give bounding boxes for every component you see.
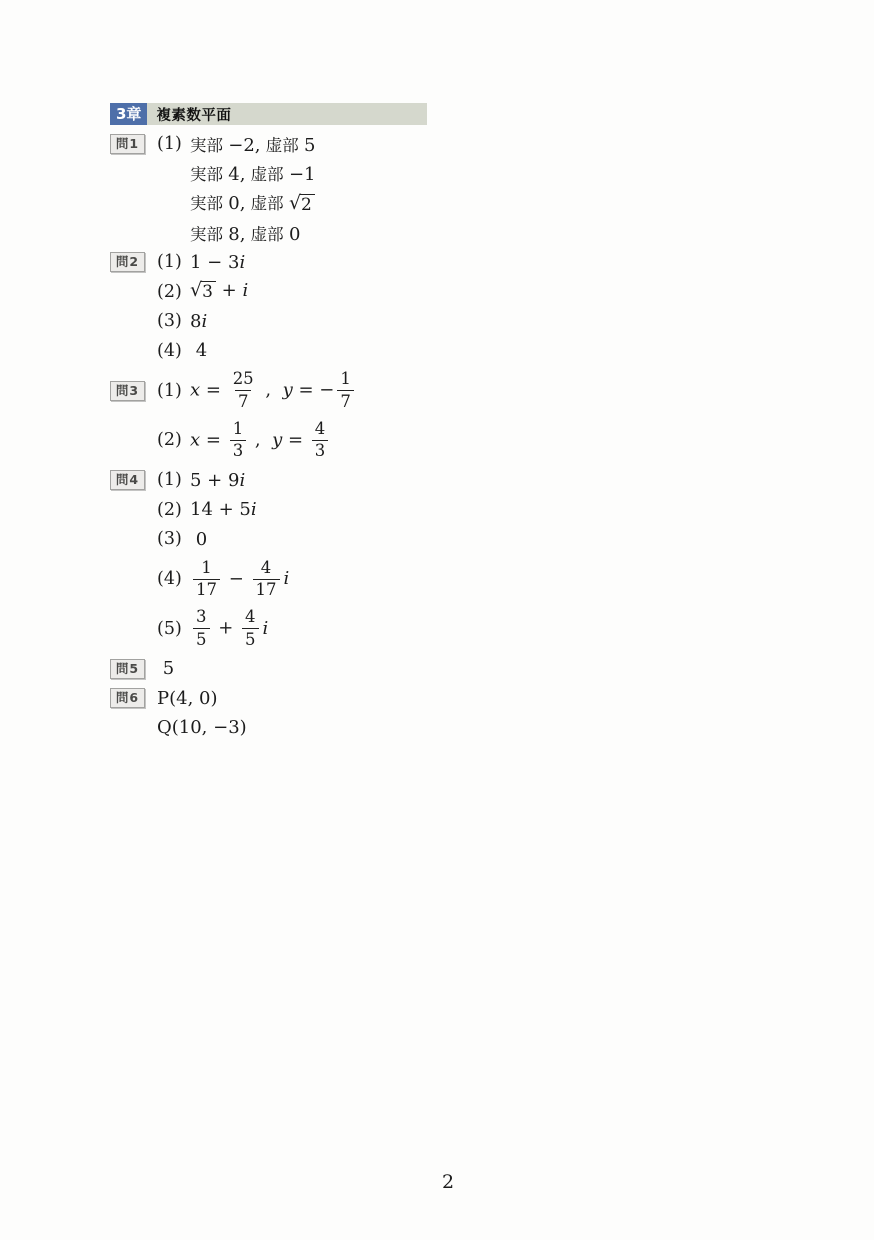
math-text: = − (293, 380, 335, 401)
math-text: = (200, 429, 227, 450)
problem-badge: 問2 (110, 252, 145, 272)
numerator: 1 (337, 371, 354, 390)
expression: Q(10, −3) (157, 717, 247, 738)
item-number: (4) (157, 569, 190, 589)
math-text: 8, (228, 224, 245, 245)
math-text: 8 (190, 311, 201, 332)
label-text: 虚部 (261, 136, 305, 155)
expression: 実部 8, 虚部 0 (190, 221, 300, 245)
expression: 117 − 417i (190, 560, 289, 599)
label-text: 実部 (190, 165, 228, 184)
answer-row: 問3(2)x = 13 , y = 43 (110, 416, 750, 466)
denominator: 7 (235, 390, 252, 410)
answer-row: 問6P(4, 0) (110, 683, 750, 713)
math-text: 0, (228, 193, 245, 214)
expression: 4 (190, 340, 207, 361)
denominator: 5 (242, 628, 259, 648)
answer-row: 問4(2)14 + 5i (110, 495, 750, 525)
math-text: i (239, 252, 245, 273)
math-text: + (216, 280, 243, 301)
numerator: 4 (312, 421, 329, 440)
page-footer: 2 (0, 1171, 874, 1193)
label-text: 虚部 (245, 165, 289, 184)
denominator: 17 (193, 579, 220, 599)
square-root: √2 (289, 194, 315, 216)
label-text: 虚部 (245, 225, 289, 244)
math-text: 5 (157, 658, 174, 679)
expression: 実部 4, 虚部 −1 (190, 161, 315, 185)
problem-badge: 問4 (110, 470, 145, 490)
item-number: (1) (157, 470, 190, 490)
answer-row: 問3(1)x = 257 , y = −17 (110, 366, 750, 416)
math-text: x (190, 429, 200, 450)
answer-row: 問2(4) 4 (110, 336, 750, 366)
item-number: (1) (157, 381, 190, 401)
expression: x = 257 , y = −17 (190, 371, 357, 410)
math-text: + (213, 618, 240, 639)
problem-badge: 問1 (110, 134, 145, 154)
square-root: √3 (190, 281, 216, 303)
fraction: 43 (312, 421, 329, 460)
expression: P(4, 0) (157, 688, 218, 709)
math-text: i (242, 280, 248, 301)
fraction: 417 (253, 560, 280, 599)
item-number: (2) (157, 500, 190, 520)
answer-row: 問4(4)117 − 417i (110, 554, 750, 604)
item-number: (3) (157, 529, 190, 549)
answer-row: 問4(5)35 + 45i (110, 604, 750, 654)
item-number: (1) (157, 134, 190, 154)
answer-row: 問6Q(10, −3) (110, 713, 750, 743)
math-text: 5 (304, 135, 315, 156)
denominator: 17 (253, 579, 280, 599)
answer-row: 問1(1)実部 −2, 虚部 5 (110, 129, 750, 159)
math-text: 0 (190, 529, 207, 550)
math-text: i (263, 618, 269, 639)
math-text: 5 + 9 (190, 470, 239, 491)
item-number: (1) (157, 252, 190, 272)
math-text: i (284, 568, 290, 589)
math-text: y (283, 380, 293, 401)
math-text: x (190, 380, 200, 401)
item-number: (4) (157, 341, 190, 361)
chapter-title: 複素数平面 (156, 104, 231, 125)
math-text: y (272, 429, 282, 450)
answer-page: 3章 複素数平面 問1(1)実部 −2, 虚部 5問1実部 4, 虚部 −1問1… (0, 0, 874, 1240)
item-number: (2) (157, 282, 190, 302)
math-text: 1 − 3 (190, 252, 239, 273)
answer-row: 問2(1)1 − 3i (110, 247, 750, 277)
label-text: 実部 (190, 136, 228, 155)
math-text: i (201, 311, 207, 332)
denominator: 5 (193, 628, 210, 648)
math-text: i (251, 499, 257, 520)
expression: √3 + i (190, 280, 248, 303)
numerator: 1 (198, 560, 215, 579)
numerator: 25 (230, 371, 257, 390)
numerator: 4 (242, 609, 259, 628)
fraction: 35 (193, 609, 210, 648)
answer-row: 問2(2)√3 + i (110, 277, 750, 307)
math-text: −1 (289, 164, 316, 185)
label-text: 虚部 (245, 194, 289, 213)
fraction: 117 (193, 560, 220, 599)
math-text: 14 + 5 (190, 499, 251, 520)
expression: 35 + 45i (190, 609, 268, 648)
fraction: 257 (230, 371, 257, 410)
answer-row: 問1実部 8, 虚部 0 (110, 218, 750, 248)
expression: 8i (190, 311, 207, 332)
chapter-badge: 3章 (110, 103, 147, 125)
math-text: = (282, 429, 309, 450)
item-number: (2) (157, 430, 190, 450)
math-text: = (200, 380, 227, 401)
answer-row: 問4(1)5 + 9i (110, 465, 750, 495)
math-text: P(4, 0) (157, 688, 218, 709)
problem-badge: 問3 (110, 381, 145, 401)
expression: 1 − 3i (190, 252, 245, 273)
item-number: (3) (157, 311, 190, 331)
expression: 5 + 9i (190, 470, 245, 491)
problem-badge: 問5 (110, 659, 145, 679)
item-number: (5) (157, 619, 190, 639)
numerator: 1 (230, 421, 247, 440)
answers-section: 問1(1)実部 −2, 虚部 5問1実部 4, 虚部 −1問1実部 0, 虚部 … (110, 129, 750, 743)
radicand: 3 (201, 281, 216, 303)
fraction: 17 (337, 371, 354, 410)
chapter-header-bar: 3章 複素数平面 (110, 103, 427, 125)
expression: x = 13 , y = 43 (190, 421, 331, 460)
label-text: 実部 (190, 225, 228, 244)
answer-row: 問1実部 0, 虚部 √2 (110, 188, 750, 218)
label-text: 実部 (190, 194, 228, 213)
expression: 実部 0, 虚部 √2 (190, 190, 315, 216)
expression: 5 (157, 658, 174, 679)
page-number: 2 (442, 1171, 454, 1193)
numerator: 4 (258, 560, 275, 579)
math-text: , (249, 429, 272, 450)
math-text: , (260, 380, 283, 401)
expression: 14 + 5i (190, 499, 257, 520)
math-text: Q(10, −3) (157, 717, 247, 738)
math-text: 0 (289, 224, 300, 245)
math-text: − (223, 568, 250, 589)
problem-badge: 問6 (110, 688, 145, 708)
answer-row: 問4(3) 0 (110, 525, 750, 555)
answer-row: 問2(3)8i (110, 307, 750, 337)
denominator: 3 (230, 440, 247, 460)
math-text: 4 (190, 340, 207, 361)
math-text: i (239, 470, 245, 491)
denominator: 7 (337, 390, 354, 410)
expression: 実部 −2, 虚部 5 (190, 132, 315, 156)
answer-row: 問1実部 4, 虚部 −1 (110, 159, 750, 189)
denominator: 3 (312, 440, 329, 460)
expression: 0 (190, 529, 207, 550)
math-text: −2, (228, 135, 260, 156)
radicand: 2 (300, 194, 315, 216)
fraction: 45 (242, 609, 259, 648)
numerator: 3 (193, 609, 210, 628)
answer-row: 問5 5 (110, 654, 750, 684)
math-text: 4, (228, 164, 245, 185)
fraction: 13 (230, 421, 247, 460)
